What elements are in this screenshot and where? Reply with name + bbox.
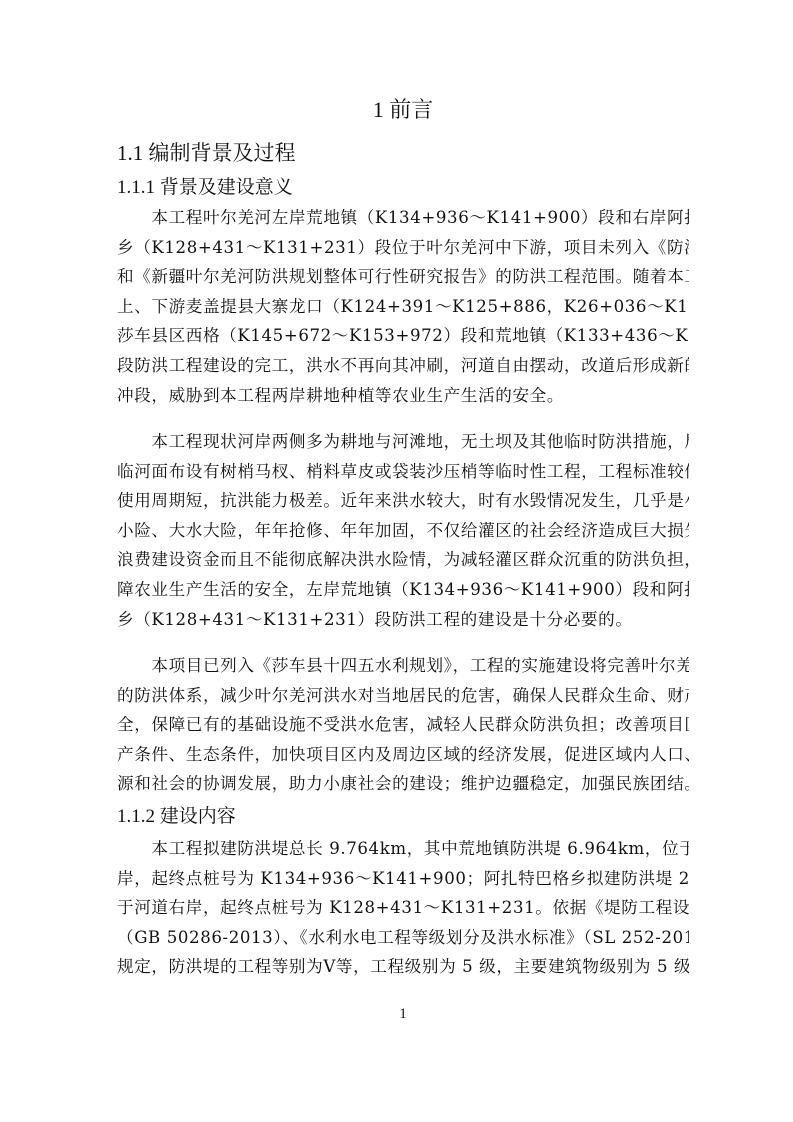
- subsection-heading-content: 1.1.2 建设内容: [117, 801, 236, 833]
- text-line: 本工程现状河岸两侧多为耕地与河滩地，无土坝及其他临时防洪措施，局部: [117, 427, 689, 457]
- text-line: 和《新疆叶尔羌河防洪规划整体可行性研究报告》的防洪工程范围。随着本工程: [117, 262, 689, 292]
- text-line: 乡（K128+431～K131+231）段位于叶尔羌河中下游，项目未列入《防洪规…: [117, 233, 689, 263]
- text-line: 的防洪体系，减少叶尔羌河洪水对当地居民的危害，确保人民群众生命、财产安: [117, 681, 689, 711]
- text-line: 本工程拟建防洪堤总长 9.764km，其中荒地镇防洪堤 6.964km，位于河道…: [117, 834, 689, 864]
- text-line: 岸，起终点桩号为 K134+936～K141+900；阿扎特巴格乡拟建防洪堤 2…: [117, 864, 689, 894]
- subsection-heading-background: 1.1.1 背景及建设意义: [117, 172, 293, 204]
- paragraph-background-2: 本工程现状河岸两侧多为耕地与河滩地，无土坝及其他临时防洪措施，局部 临河面布设有…: [117, 427, 689, 634]
- text-line: 使用周期短，抗洪能力极差。近年来洪水较大，时有水毁情况发生，几乎是小水: [117, 486, 689, 516]
- text-line: 临河面布设有树梢马杈、梢料草皮或袋装沙压梢等临时性工程，工程标准较低，: [117, 457, 689, 487]
- text-line: 上、下游麦盖提县大寨龙口（K124+391～K125+886，K26+036～K…: [117, 292, 689, 322]
- paragraph-background-1: 本工程叶尔羌河左岸荒地镇（K134+936～K141+900）段和右岸阿扎特巴格…: [117, 203, 689, 410]
- text-line: 于河道右岸，起终点桩号为 K128+431～K131+231。依据《堤防工程设计…: [117, 893, 689, 923]
- text-line: 小险、大水大险，年年抢修、年年加固，不仅给灌区的社会经济造成巨大损失，: [117, 516, 689, 546]
- text-line: 产条件、生态条件，加快项目区内及周边区域的经济发展，促进区域内人口、资: [117, 740, 689, 770]
- text-line: 浪费建设资金而且不能彻底解决洪水险情，为减轻灌区群众沉重的防洪负担，保: [117, 545, 689, 575]
- paragraph-content-1: 本工程拟建防洪堤总长 9.764km，其中荒地镇防洪堤 6.964km，位于河道…: [117, 834, 689, 982]
- text-line: 规定，防洪堤的工程等别为Ⅴ等，工程级别为 5 级，主要建筑物级别为 5 级，次: [117, 952, 689, 982]
- text-line: 莎车县区西格（K145+672～K153+972）段和荒地镇（K133+436～…: [117, 321, 689, 351]
- text-line: 全，保障已有的基础设施不受洪水危害，减轻人民群众防洪负担；改善项目区生: [117, 710, 689, 740]
- text-line: 源和社会的协调发展，助力小康社会的建设；维护边疆稳定，加强民族团结。: [117, 769, 689, 799]
- text-line: 乡（K128+431～K131+231）段防洪工程的建设是十分必要的。: [117, 605, 689, 635]
- chapter-title: 1 前言: [117, 92, 689, 128]
- text-line: 障农业生产生活的安全，左岸荒地镇（K134+936～K141+900）段和阿扎特…: [117, 575, 689, 605]
- text-line: 段防洪工程建设的完工，洪水不再向其冲刷，河道自由摆动，改道后形成新的顶: [117, 351, 689, 381]
- text-line: （GB 50286-2013）、《水利水电工程等级划分及洪水标准》（SL 252…: [117, 923, 689, 953]
- text-line: 冲段，威胁到本工程两岸耕地种植等农业生产生活的安全。: [117, 381, 689, 411]
- text-line: 本项目已列入《莎车县十四五水利规划》，工程的实施建设将完善叶尔羌河: [117, 651, 689, 681]
- text-line: 本工程叶尔羌河左岸荒地镇（K134+936～K141+900）段和右岸阿扎特巴格: [117, 203, 689, 233]
- paragraph-background-3: 本项目已列入《莎车县十四五水利规划》，工程的实施建设将完善叶尔羌河 的防洪体系，…: [117, 651, 689, 799]
- section-heading: 1.1 编制背景及过程: [117, 136, 296, 170]
- page-number: 1: [117, 1004, 689, 1024]
